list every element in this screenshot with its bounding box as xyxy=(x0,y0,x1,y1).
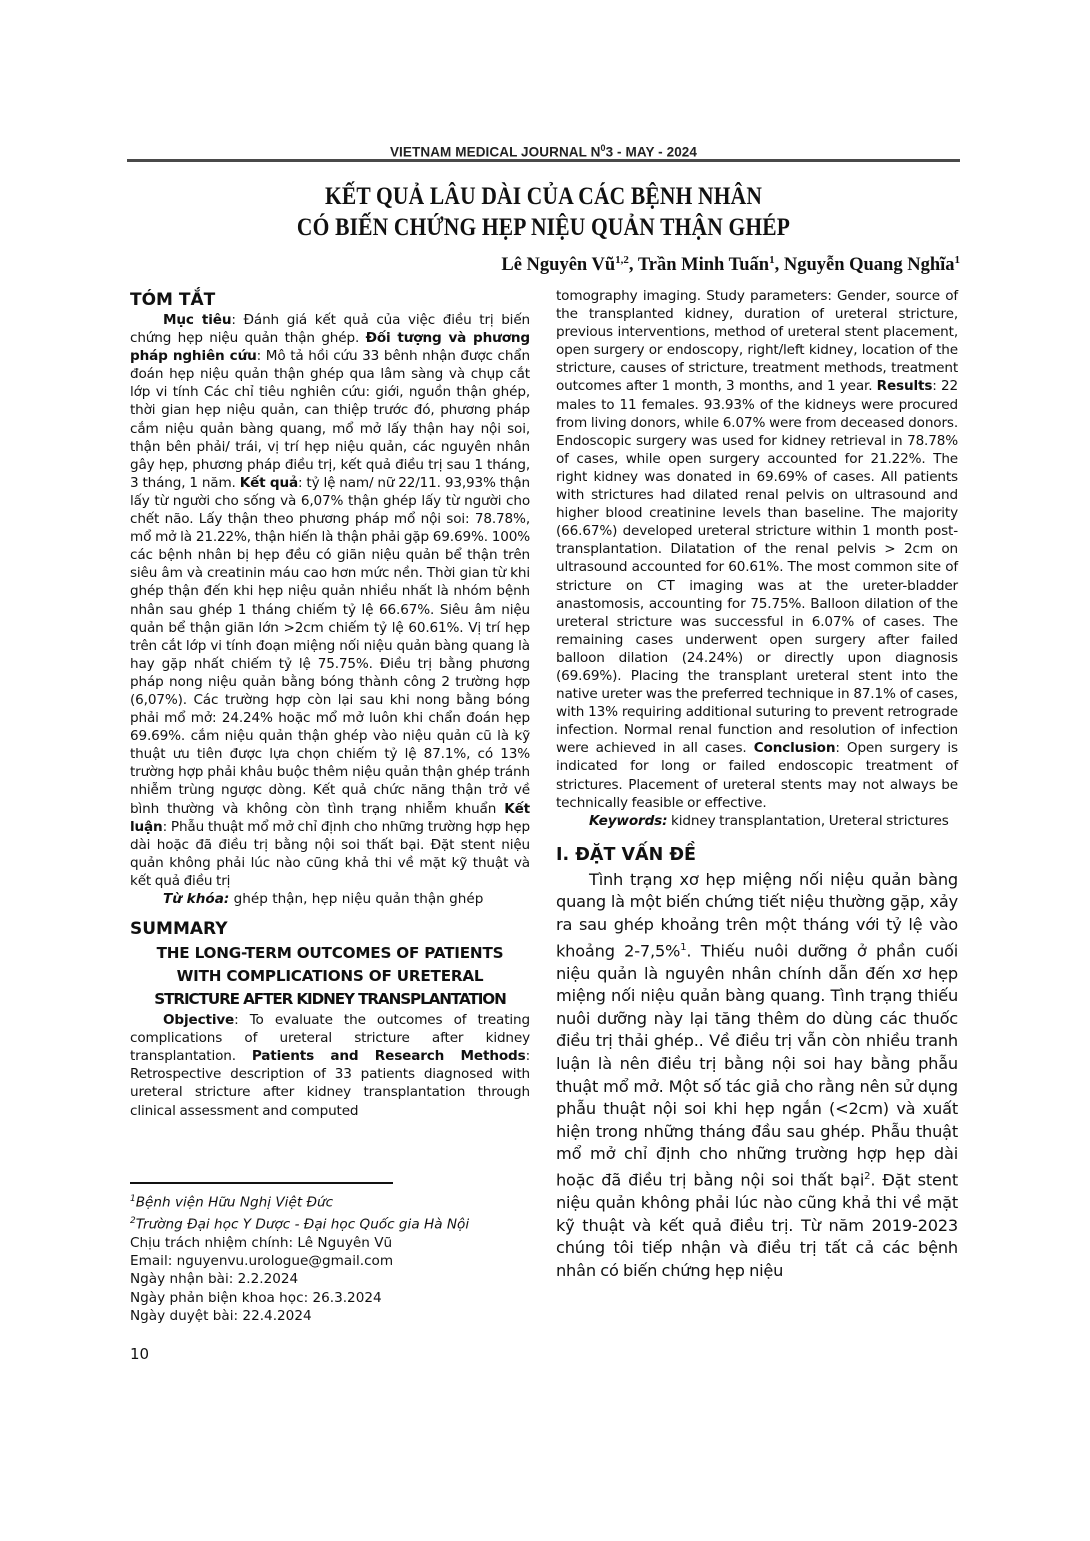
intro-text: . Thiếu nuôi dưỡng ở phần cuối niệu quản… xyxy=(556,941,958,1189)
abstract-en-objective-label: Objective xyxy=(163,1012,234,1028)
author-name: Nguyễn Quang Nghĩa xyxy=(784,255,955,275)
corresponding-email: Email: nguyenvu.urologue@gmail.com xyxy=(130,1252,530,1270)
author-affiliation-sup: 1 xyxy=(955,254,961,266)
english-title-line-2: WITH COMPLICATIONS OF URETERAL xyxy=(130,965,530,988)
introduction-paragraph: Tình trạng xơ hẹp miệng nối niệu quản bà… xyxy=(556,869,958,1282)
abstract-vi-methods-text: : Mô tả hồi cứu 33 bênh nhận được chẩn đ… xyxy=(130,348,530,491)
footnote-affiliation-2: 2Trường Đại học Y Dược - Đại học Quốc gi… xyxy=(130,1212,530,1234)
author-list: Lê Nguyên Vũ1,2, Trần Minh Tuấn1, Nguyễn… xyxy=(501,254,960,276)
abstract-en-body-right: tomography imaging. Study parameters: Ge… xyxy=(556,287,958,812)
abstract-en-body-left: Objective: To evaluate the outcomes of t… xyxy=(130,1011,530,1120)
footnote-text: Trường Đại học Y Dược - Đại học Quốc gia… xyxy=(136,1216,469,1232)
header-rule xyxy=(127,159,960,162)
abstract-vi-body: Mục tiêu: Đánh giá kết quả của việc điều… xyxy=(130,311,530,890)
abstract-en-results-label: Results xyxy=(877,378,933,394)
date-reviewed: Ngày phản biện khoa học: 26.3.2024 xyxy=(130,1289,530,1307)
abstract-vi-results-text: : tỷ lệ nam/ nữ 22/11. 93,93% thận lấy t… xyxy=(130,475,530,817)
abstract-vi-results-label: Kết quả xyxy=(240,475,298,491)
footnote-affiliation-1: 1Bệnh viện Hữu Nghị Việt Đức xyxy=(130,1190,530,1212)
abstract-vi-keywords-text: ghép thận, hẹp niệu quản thận ghép xyxy=(229,891,483,907)
article-title: KẾT QUẢ LÂU DÀI CỦA CÁC BỆNH NHÂN CÓ BIẾ… xyxy=(185,181,901,243)
page-number: 10 xyxy=(130,1345,149,1363)
corresponding-author: Chịu trách nhiệm chính: Lê Nguyên Vũ xyxy=(130,1234,530,1252)
author-affiliation-sup: 1,2 xyxy=(615,254,629,266)
footnote-text: Bệnh viện Hữu Nghị Việt Đức xyxy=(136,1195,333,1211)
journal-issue-date: 3 - MAY - 2024 xyxy=(606,145,697,160)
english-title-line-1: THE LONG-TERM OUTCOMES OF PATIENTS xyxy=(130,942,530,965)
date-received: Ngày nhận bài: 2.2.2024 xyxy=(130,1270,530,1288)
abstract-vi-conclusion-text: : Phẫu thuật mổ mở chỉ định cho những tr… xyxy=(130,819,530,889)
article-title-line-2: CÓ BIẾN CHỨNG HẸP NIỆU QUẢN THẬN GHÉP xyxy=(185,212,901,243)
abstract-en-keywords: Keywords: kidney transplantation, Ureter… xyxy=(556,812,958,830)
english-title-line-3: STRICTURE AFTER KIDNEY TRANSPLANTATION xyxy=(130,988,530,1011)
abstract-en-conclusion-label: Conclusion xyxy=(754,740,836,756)
footnotes: 1Bệnh viện Hữu Nghị Việt Đức 2Trường Đại… xyxy=(130,1190,530,1325)
introduction-heading: I. ĐẶT VẤN ĐỀ xyxy=(556,844,958,866)
english-title: THE LONG-TERM OUTCOMES OF PATIENTS WITH … xyxy=(130,942,530,1011)
abstract-vi-heading: TÓM TẮT xyxy=(130,289,530,311)
abstract-vi-objective-label: Mục tiêu xyxy=(163,312,231,328)
summary-heading: SUMMARY xyxy=(130,918,530,940)
abstract-vi-keywords: Từ khóa: ghép thận, hẹp niệu quản thận g… xyxy=(130,890,530,908)
footnote-rule xyxy=(130,1182,393,1184)
abstract-en-results-text: : 22 males to 11 females. 93.93% of the … xyxy=(556,378,958,756)
date-accepted: Ngày duyệt bài: 22.4.2024 xyxy=(130,1307,530,1325)
article-title-line-1: KẾT QUẢ LÂU DÀI CỦA CÁC BỆNH NHÂN xyxy=(185,181,901,212)
author-name: Trần Minh Tuấn xyxy=(638,255,769,275)
journal-name: VIETNAM MEDICAL JOURNAL N xyxy=(390,145,601,160)
journal-running-header: VIETNAM MEDICAL JOURNAL N03 - MAY - 2024 xyxy=(127,143,960,160)
left-column: TÓM TẮT Mục tiêu: Đánh giá kết quả của v… xyxy=(130,289,530,1120)
journal-page: VIETNAM MEDICAL JOURNAL N03 - MAY - 2024… xyxy=(0,0,1090,1541)
author-separator: , xyxy=(629,255,638,275)
abstract-en-keywords-label: Keywords: xyxy=(589,813,667,829)
right-column: tomography imaging. Study parameters: Ge… xyxy=(556,287,958,1282)
abstract-en-keywords-text: kidney transplantation, Ureteral strictu… xyxy=(667,813,948,829)
abstract-vi-keywords-label: Từ khóa: xyxy=(163,891,229,907)
abstract-en-methods-label: Patients and Research Methods xyxy=(252,1048,526,1064)
author-separator: , xyxy=(775,255,784,275)
author-name: Lê Nguyên Vũ xyxy=(501,255,615,275)
